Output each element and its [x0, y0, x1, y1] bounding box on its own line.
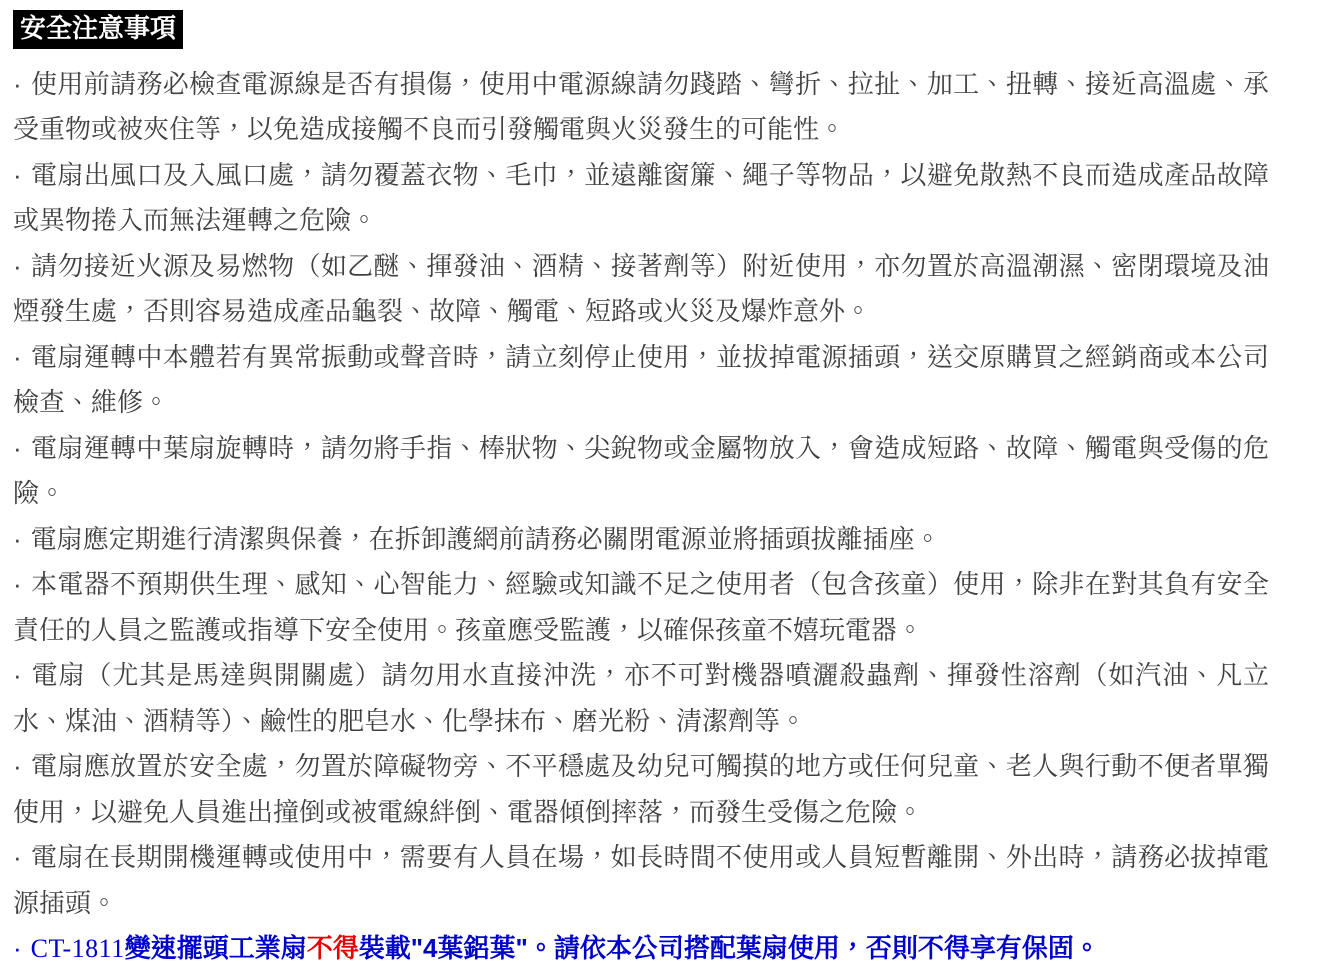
notice-item-text: 電扇運轉中葉扇旋轉時，請勿將手指、棒狀物、尖銳物或金屬物放入，會造成短路、故障、… — [13, 433, 1269, 509]
warranty-highlight: 不得 — [307, 933, 359, 963]
notice-item-text: 使用前請務必檢查電源線是否有損傷，使用中電源線請勿踐踏、彎折、拉扯、加工、扭轉、… — [13, 69, 1269, 145]
bullet-icon: · — [13, 562, 22, 608]
warranty-text-pre: 變速擺頭工業扇 — [125, 933, 307, 963]
notice-item-text: 電扇運轉中本體若有異常振動或聲音時，請立刻停止使用，並拔掉電源插頭，送交原購買之… — [13, 342, 1269, 418]
notice-item: ·電扇應放置於安全處，勿置於障礙物旁、不平穩處及幼兒可觸摸的地方或任何兒童、老人… — [13, 744, 1269, 835]
notice-item: ·電扇出風口及入風口處，請勿覆蓋衣物、毛巾，並遠離窗簾、繩子等物品，以避免散熱不… — [13, 153, 1269, 244]
model-number: CT-1811 — [31, 934, 125, 963]
notice-item: ·本電器不預期供生理、感知、心智能力、經驗或知識不足之使用者（包含孩童）使用，除… — [13, 562, 1269, 653]
bullet-icon: · — [13, 335, 22, 381]
notice-item: ·電扇運轉中葉扇旋轉時，請勿將手指、棒狀物、尖銳物或金屬物放入，會造成短路、故障… — [13, 426, 1269, 517]
bullet-icon: · — [13, 426, 22, 472]
notice-item: ·電扇應定期進行清潔與保養，在拆卸護網前請務必關閉電源並將插頭拔離插座。 — [13, 517, 1269, 563]
page-title: 安全注意事項 — [13, 10, 183, 49]
notice-item-text: 電扇應定期進行清潔與保養，在拆卸護網前請務必關閉電源並將插頭拔離插座。 — [31, 524, 941, 554]
notice-item: ·電扇（尤其是馬達與開關處）請勿用水直接沖洗，亦不可對機器噴灑殺蟲劑、揮發性溶劑… — [13, 653, 1269, 744]
safety-notice-list: ·使用前請務必檢查電源線是否有損傷，使用中電源線請勿踐踏、彎折、拉扯、加工、扭轉… — [13, 62, 1269, 972]
bullet-icon: · — [13, 244, 22, 290]
notice-item-text: 本電器不預期供生理、感知、心智能力、經驗或知識不足之使用者（包含孩童）使用，除非… — [13, 569, 1269, 645]
bullet-icon: · — [13, 517, 22, 563]
notice-item: ·電扇運轉中本體若有異常振動或聲音時，請立刻停止使用，並拔掉電源插頭，送交原購買… — [13, 335, 1269, 426]
notice-item-text: 電扇應放置於安全處，勿置於障礙物旁、不平穩處及幼兒可觸摸的地方或任何兒童、老人與… — [13, 751, 1269, 827]
notice-item: ·請勿接近火源及易燃物（如乙醚、揮發油、酒精、接著劑等）附近使用，亦勿置於高溫潮… — [13, 244, 1269, 335]
document-body: 安全注意事項 ·使用前請務必檢查電源線是否有損傷，使用中電源線請勿踐踏、彎折、拉… — [0, 0, 1333, 980]
bullet-icon: · — [13, 653, 22, 699]
notice-item-text: 電扇出風口及入風口處，請勿覆蓋衣物、毛巾，並遠離窗簾、繩子等物品，以避免散熱不良… — [13, 160, 1269, 236]
warranty-notice: ·CT-1811變速擺頭工業扇不得裝載"4葉鋁葉"。請依本公司搭配葉扇使用，否則… — [13, 926, 1269, 972]
notice-item: ·電扇在長期開機運轉或使用中，需要有人員在場，如長時間不使用或人員短暫離開、外出… — [13, 835, 1269, 926]
notice-item: ·使用前請務必檢查電源線是否有損傷，使用中電源線請勿踐踏、彎折、拉扯、加工、扭轉… — [13, 62, 1269, 153]
bullet-icon: · — [13, 926, 22, 972]
notice-item-text: 電扇（尤其是馬達與開關處）請勿用水直接沖洗，亦不可對機器噴灑殺蟲劑、揮發性溶劑（… — [13, 660, 1269, 736]
warranty-text-post: 裝載"4葉鋁葉"。請依本公司搭配葉扇使用，否則不得享有保固。 — [359, 933, 1100, 963]
bullet-icon: · — [13, 62, 22, 108]
bullet-icon: · — [13, 835, 22, 881]
notice-item-text: 請勿接近火源及易燃物（如乙醚、揮發油、酒精、接著劑等）附近使用，亦勿置於高溫潮濕… — [13, 251, 1269, 327]
bullet-icon: · — [13, 744, 22, 790]
bullet-icon: · — [13, 153, 22, 199]
notice-item-text: 電扇在長期開機運轉或使用中，需要有人員在場，如長時間不使用或人員短暫離開、外出時… — [13, 842, 1269, 918]
